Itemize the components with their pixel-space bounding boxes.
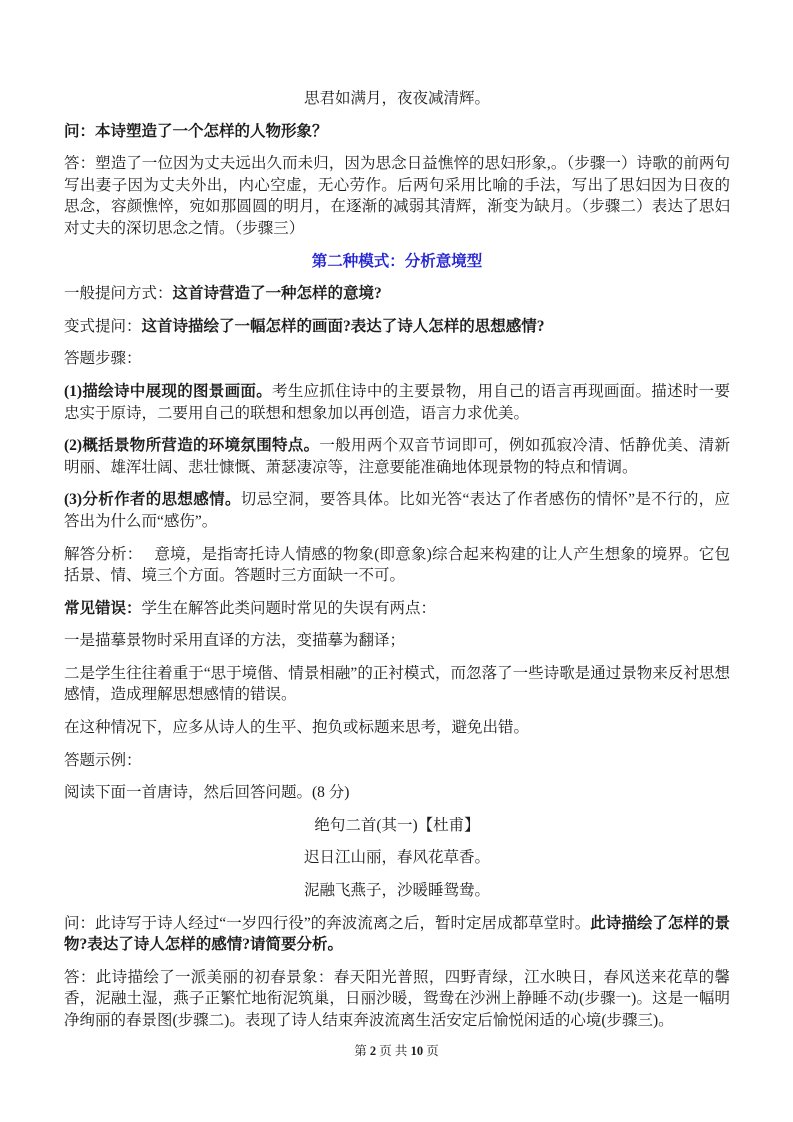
text-segment: 解答分析： 意境，是指寄托诗人情感的物象(即意象)综合起来构建的让人产生想象的境… [64,546,730,585]
paragraph: 泥融飞燕子，沙暖睡鸳鸯。 [64,880,730,902]
text-segment: (2)概括景物所营造的环境氛围特点。 [64,437,319,454]
paragraph: 迟日江山丽，春风花草香。 [64,847,730,869]
text-segment: 第 [354,1044,370,1058]
page-footer: 第 2 页 共 10 页 [0,1042,793,1060]
text-segment: 二是学生往往着重于“思于境偕、情景相融”的正衬模式，而忽落了一些诗歌是通过景物来… [64,665,730,704]
text-segment: 答：此诗描绘了一派美丽的初春景象：春天阳光普照，四野青绿，江水映日，春风送来花草… [64,969,730,1029]
paragraph: 答：塑造了一位因为丈夫远出久而未归，因为思念日益憔悴的思妇形象,。（步骤一）诗歌… [64,153,730,239]
text-segment: 答：塑造了一位因为丈夫远出久而未归，因为思念日益憔悴的思妇形象,。（步骤一）诗歌… [64,155,730,237]
paragraph: 问：此诗写于诗人经过“一岁四行役”的奔波流离之后，暂时定居成都草堂时。此诗描绘了… [64,913,730,956]
paragraph: 二是学生往往着重于“思于境偕、情景相融”的正衬模式，而忽落了一些诗歌是通过景物来… [64,663,730,706]
text-segment: 泥融飞燕子，沙暖睡鸳鸯。 [304,882,490,899]
paragraph: 思君如满月，夜夜减清辉。 [64,88,730,110]
text-segment: 在这种情况下，应多从诗人的生平、抱负或标题来思考，避免出错。 [64,719,529,736]
text-segment: 常见错误： [64,600,142,617]
text-segment: 第二种模式：分析意境型 [312,253,483,270]
paragraph: 常见错误：学生在解答此类问题时常见的失误有两点： [64,598,730,620]
text-segment: (3)分析作者的思想感情。 [64,491,241,508]
text-segment: 页 [423,1044,439,1058]
text-segment: 10 [411,1044,424,1058]
text-segment: 绝句二首(其一)【杜甫】 [314,817,479,834]
paragraph: 答题步骤： [64,348,730,370]
paragraph: (3)分析作者的思想感情。切忌空洞，要答具体。比如光答“表达了作者感伤的情怀”是… [64,489,730,532]
text-segment: 思君如满月，夜夜减清辉。 [304,90,490,107]
paragraph: 解答分析： 意境，是指寄托诗人情感的物象(即意象)综合起来构建的让人产生想象的境… [64,544,730,587]
paragraph: (2)概括景物所营造的环境氛围特点。一般用两个双音节词即可，例如孤寂冷清、恬静优… [64,435,730,478]
paragraph: 一是描摹景物时采用直译的方法，变描摹为翻译； [64,630,730,652]
text-segment: 阅读下面一首唐诗，然后回答问题。(8 分) [64,784,349,801]
paragraph: 第二种模式：分析意境型 [64,251,730,273]
text-segment: 学生在解答此类问题时常见的失误有两点： [142,600,437,617]
paragraph: 一般提问方式：这首诗营造了一种怎样的意境? [64,283,730,305]
text-segment: 一是描摹景物时采用直译的方法，变描摹为翻译； [64,632,405,649]
paragraph: 答：此诗描绘了一派美丽的初春景象：春天阳光普照，四野青绿，江水映日，春风送来花草… [64,967,730,1032]
text-segment: 问：此诗写于诗人经过“一岁四行役”的奔波流离之后，暂时定居成都草堂时。 [64,915,590,932]
text-segment: 答题示例： [64,752,142,769]
document-content: 思君如满月，夜夜减清辉。问：本诗塑造了一个怎样的人物形象？答：塑造了一位因为丈夫… [64,88,730,1043]
text-segment: 问：本诗塑造了一个怎样的人物形象？ [64,123,328,140]
text-segment: 答题步骤： [64,350,142,367]
paragraph: 问：本诗塑造了一个怎样的人物形象？ [64,121,730,143]
paragraph: 绝句二首(其一)【杜甫】 [64,815,730,837]
document-page: 思君如满月，夜夜减清辉。问：本诗塑造了一个怎样的人物形象？答：塑造了一位因为丈夫… [0,0,793,1122]
text-segment: 一般提问方式： [64,285,173,302]
text-segment: (1)描绘诗中展现的图景画面。 [64,383,272,400]
text-segment: 变式提问： [64,318,142,335]
paragraph: 在这种情况下，应多从诗人的生平、抱负或标题来思考，避免出错。 [64,717,730,739]
text-segment: 这首诗营造了一种怎样的意境? [173,285,382,302]
paragraph: 变式提问：这首诗描绘了一幅怎样的画面?表达了诗人怎样的思想感情? [64,316,730,338]
paragraph: 阅读下面一首唐诗，然后回答问题。(8 分) [64,782,730,804]
text-segment: 这首诗描绘了一幅怎样的画面?表达了诗人怎样的思想感情? [142,318,545,335]
paragraph: (1)描绘诗中展现的图景画面。考生应抓住诗中的主要景物，用自己的语言再现画面。描… [64,381,730,424]
text-segment: 页 共 [376,1044,410,1058]
text-segment: 迟日江山丽，春风花草香。 [304,849,490,866]
paragraph: 答题示例： [64,750,730,772]
